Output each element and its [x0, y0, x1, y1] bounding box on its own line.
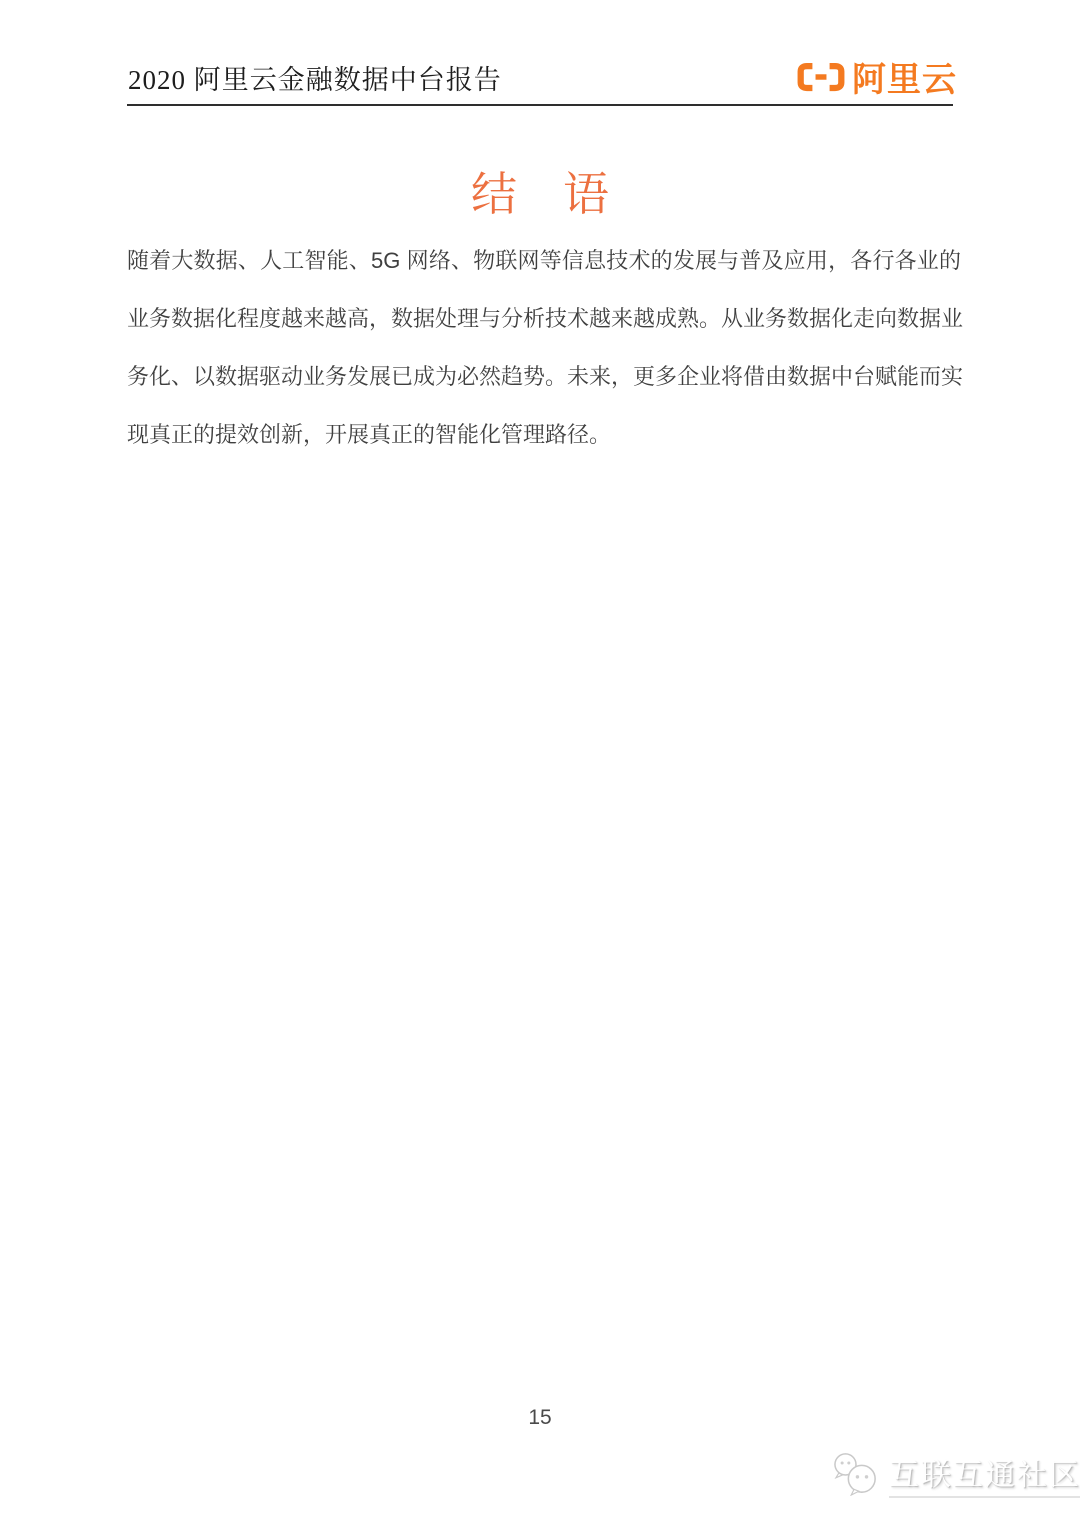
report-page: 2020 阿里云金融数据中台报告 阿里云 结 语 随着大数据、人工智能、5G 网… [0, 0, 1080, 1526]
paragraph-line: 务化、以数据驱动业务发展已成为必然趋势。未来，更多企业将借由数据中台赋能而实 [127, 348, 961, 406]
watermark: 互联互通社区 [831, 1450, 1080, 1498]
watermark-text: 互联互通社区 [889, 1450, 1080, 1498]
paragraph-line: 随着大数据、人工智能、5G 网络、物联网等信息技术的发展与普及应用，各行各业的 [127, 232, 961, 290]
conclusion-paragraph: 随着大数据、人工智能、5G 网络、物联网等信息技术的发展与普及应用，各行各业的 … [127, 232, 961, 464]
header-divider [127, 104, 953, 106]
alibaba-cloud-logo: 阿里云 [796, 52, 957, 101]
paragraph-line: 现真正的提效创新，开展真正的智能化管理路径。 [127, 406, 961, 464]
alibaba-cloud-bracket-icon [796, 58, 846, 96]
alibaba-cloud-logo-text: 阿里云 [852, 52, 957, 101]
section-title: 结 语 [0, 158, 1080, 224]
wechat-icon [831, 1452, 881, 1496]
page-number: 15 [0, 1406, 1080, 1430]
report-title: 2020 阿里云金融数据中台报告 [128, 58, 502, 97]
paragraph-line: 业务数据化程度越来越高，数据处理与分析技术越来越成熟。从业务数据化走向数据业 [127, 290, 961, 348]
